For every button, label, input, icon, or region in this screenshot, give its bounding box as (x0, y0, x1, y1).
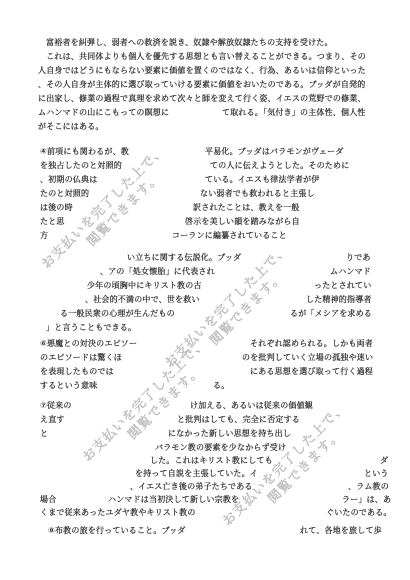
text-fragment: ての人に伝えようとした。そのために (210, 160, 349, 171)
text-fragment: バラモン教の要素を少なからず受け (155, 442, 286, 453)
text-fragment: 、ラム教の (348, 481, 389, 492)
text-fragment: 人自身ではどうにもならない要素に価値を置くのではなく、行為、あるいは信仰といった (38, 65, 366, 76)
text-line: 人自身ではどうにもならない要素に価値を置くのではなく、行為、あるいは信仰といった (0, 65, 410, 77)
text-line: は後の時訳されたことは、教えを一般 (0, 202, 410, 214)
text-fragment: 平易化。ブッダはバラモンがヴェーダ (205, 146, 344, 157)
text-fragment: ぐいたのである。 (326, 507, 392, 518)
text-line: 、社会的不満の中で、世を救いした精神的指導者 (0, 294, 410, 306)
text-fragment: それぞれ認められる。しかも両者 (250, 338, 373, 349)
text-line: 、アの「処女懐胎」に代表されムハンマド (0, 266, 410, 278)
text-line: ⑥悪魔との対決のエピソーそれぞれ認められる。しかも両者 (0, 338, 410, 350)
text-line: とになかった新しい思想を持ち出し (0, 428, 410, 440)
text-fragment: 」と言うこともできる。 (46, 322, 136, 333)
text-line: するという意味る。 (0, 380, 410, 392)
text-fragment: と (40, 428, 48, 439)
text-fragment: した精神的指導者 (306, 294, 372, 305)
text-fragment: した。これはキリスト教にしても (150, 455, 273, 466)
text-fragment: ない弱者でも救われると主張し (200, 188, 315, 199)
text-fragment: たと思 (40, 216, 65, 227)
text-fragment: ムハンマド (330, 266, 371, 277)
text-fragment: のエピソードは驚くほ (40, 352, 122, 363)
text-fragment: のを批判していく立場の孤独や迷い (242, 352, 373, 363)
text-line: 、イエス亡き後の弟子たちである、ラム教の (0, 481, 410, 493)
text-fragment: ⑦従来の (40, 400, 72, 411)
text-line: のエピソードは驚くほのを批判していく立場の孤独や迷い (0, 352, 410, 364)
text-fragment: るが「メシアを求める (290, 308, 372, 319)
text-fragment: 富裕者を糾弾し、弱者への救済を説き、奴隷や解放奴隷たちの支持を受けた。 (46, 37, 333, 48)
text-line: ④前項にも関わるが、教平易化。ブッダはバラモンがヴェーダ (0, 146, 410, 158)
text-line: ⑧布教の旅を行っていること。ブッダれて、各地を旅して歩 (0, 525, 410, 537)
text-line: がそこにはある。 (0, 121, 410, 133)
text-fragment: れて、各地を旅して歩 (300, 525, 382, 536)
text-fragment: にある思想を選び取って行く過程 (250, 366, 373, 377)
text-fragment: ダ (380, 455, 388, 466)
text-line: たのと対照的ない弱者でも救われると主張し (0, 188, 410, 200)
text-fragment: 少年の頃胸中にキリスト教の古 (87, 280, 202, 291)
text-line: を持って自説を主張していた。イという (0, 468, 410, 480)
text-fragment: 、イエス亡き後の弟子たちである (130, 481, 253, 492)
text-line: を独占したのと対照的ての人に伝えようとした。そのために (0, 160, 410, 172)
text-fragment: を持って自説を主張していた。イ (135, 468, 258, 479)
text-fragment: 場合 (40, 494, 56, 505)
text-fragment: がそこにはある。 (38, 121, 104, 132)
text-fragment: するという意味 (40, 380, 97, 391)
text-line: る一般民衆の心理が生んだものるが「メシアを求める (0, 308, 410, 320)
text-fragment: ハンマドは当初決して新しい宗教を (108, 494, 239, 505)
text-fragment: に出家し、修業の過程で真理を求めて次々と師を変えて行く姿、イエスの荒野での修業、 (38, 93, 366, 104)
text-fragment: て取れる。「気付き」の主体性、個人性 (222, 107, 366, 118)
text-fragment: を表現したものでは (40, 366, 114, 377)
text-fragment: と批判はしても、完全に否定する (177, 414, 300, 425)
text-line: 方コーランに編纂されていること (0, 230, 410, 242)
text-fragment: これは、共同体よりも個人を優先する思想とも言い替えることができる。つまり、その (38, 51, 366, 62)
text-fragment: ったとされてい (314, 280, 371, 291)
text-line: ムハンマドの山にこもっての瞑想にて取れる。「気付き」の主体性、個人性 (0, 107, 410, 119)
text-line: した。これはキリスト教にしてもダ (0, 455, 410, 467)
text-fragment: ムハンマドの山にこもっての瞑想に (38, 107, 169, 118)
text-line: 、初期の仏典はている。イエスも律法学者が伊 (0, 174, 410, 186)
text-fragment: 、初期の仏典は (40, 174, 97, 185)
text-fragment: ている。イエスも律法学者が伊 (205, 174, 319, 185)
text-fragment: という (364, 468, 389, 479)
text-fragment: ⑥悪魔との対決のエピソー (40, 338, 137, 349)
text-line: これは、共同体よりも個人を優先する思想とも言い替えることができる。つまり、その (0, 51, 410, 63)
text-fragment: は後の時 (40, 202, 73, 213)
text-line: を表現したものではにある思想を選び取って行く過程 (0, 366, 410, 378)
text-fragment: たのと対照的 (40, 188, 89, 199)
text-fragment: ラー」は、あ (342, 494, 391, 505)
text-line: い立ちに関する伝説化。ブッダりであ (0, 252, 410, 264)
text-fragment: る一般民衆の心理が生んだもの (60, 308, 175, 319)
text-fragment: 訳されたことは、教えを一般 (193, 202, 300, 213)
paywalled-document-page: お支払いを完了した上で、閲覧できます。お支払いを完了した上で、閲覧できます。お支… (0, 0, 410, 580)
text-fragment: くまで従来あったユダヤ教やキリスト教の (40, 507, 196, 518)
text-fragment: 啓示を美しい韻を踏みながら自 (185, 216, 300, 227)
text-line: バラモン教の要素を少なからず受け (0, 442, 410, 454)
document-text: 富裕者を糾弾し、弱者への救済を説き、奴隷や解放奴隷たちの支持を受けた。 これは、… (0, 0, 410, 580)
text-line: 富裕者を糾弾し、弱者への救済を説き、奴隷や解放奴隷たちの支持を受けた。 (0, 37, 410, 49)
text-fragment: ④前項にも関わるが、教 (40, 146, 129, 157)
text-fragment: コーランに編纂されていること (172, 230, 287, 241)
text-line: ⑦従来のけ加える、あるいは従来の価値観 (0, 400, 410, 412)
text-line: 場合ハンマドは当初決して新しい宗教をラー」は、あ (0, 494, 410, 506)
text-line: 」と言うこともできる。 (0, 322, 410, 334)
text-fragment: る。 (213, 380, 229, 391)
text-fragment: え直す (40, 414, 65, 425)
text-line: くまで従来あったユダヤ教やキリスト教のぐいたのである。 (0, 507, 410, 519)
text-line: 、その人自身が主体的に選び取っていける要素に価値をおいたのである。ブッダが自発的 (0, 79, 410, 91)
text-line: え直すと批判はしても、完全に否定する (0, 414, 410, 426)
text-line: に出家し、修業の過程で真理を求めて次々と師を変えて行く姿、イエスの荒野での修業、 (0, 93, 410, 105)
text-fragment: 方 (40, 230, 48, 241)
text-line: たと思啓示を美しい韻を踏みながら自 (0, 216, 410, 228)
text-fragment: い立ちに関する伝説化。ブッダ (127, 252, 241, 263)
text-fragment: りであ (346, 252, 371, 263)
text-fragment: を独占したのと対照的 (40, 160, 122, 171)
text-line: 少年の頃胸中にキリスト教の古ったとされてい (0, 280, 410, 292)
text-fragment: ⑧布教の旅を行っていること。ブッダ (48, 525, 186, 536)
text-fragment: になかった新しい思想を持ち出し (168, 428, 291, 439)
text-fragment: け加える、あるいは従来の価値観 (190, 400, 313, 411)
text-fragment: 、その人自身が主体的に選び取っていける要素に価値をおいたのである。ブッダが自発的 (38, 79, 365, 90)
text-fragment: 、社会的不満の中で、世を救い (85, 294, 200, 305)
text-fragment: 、アの「処女懐胎」に代表され (100, 266, 215, 277)
